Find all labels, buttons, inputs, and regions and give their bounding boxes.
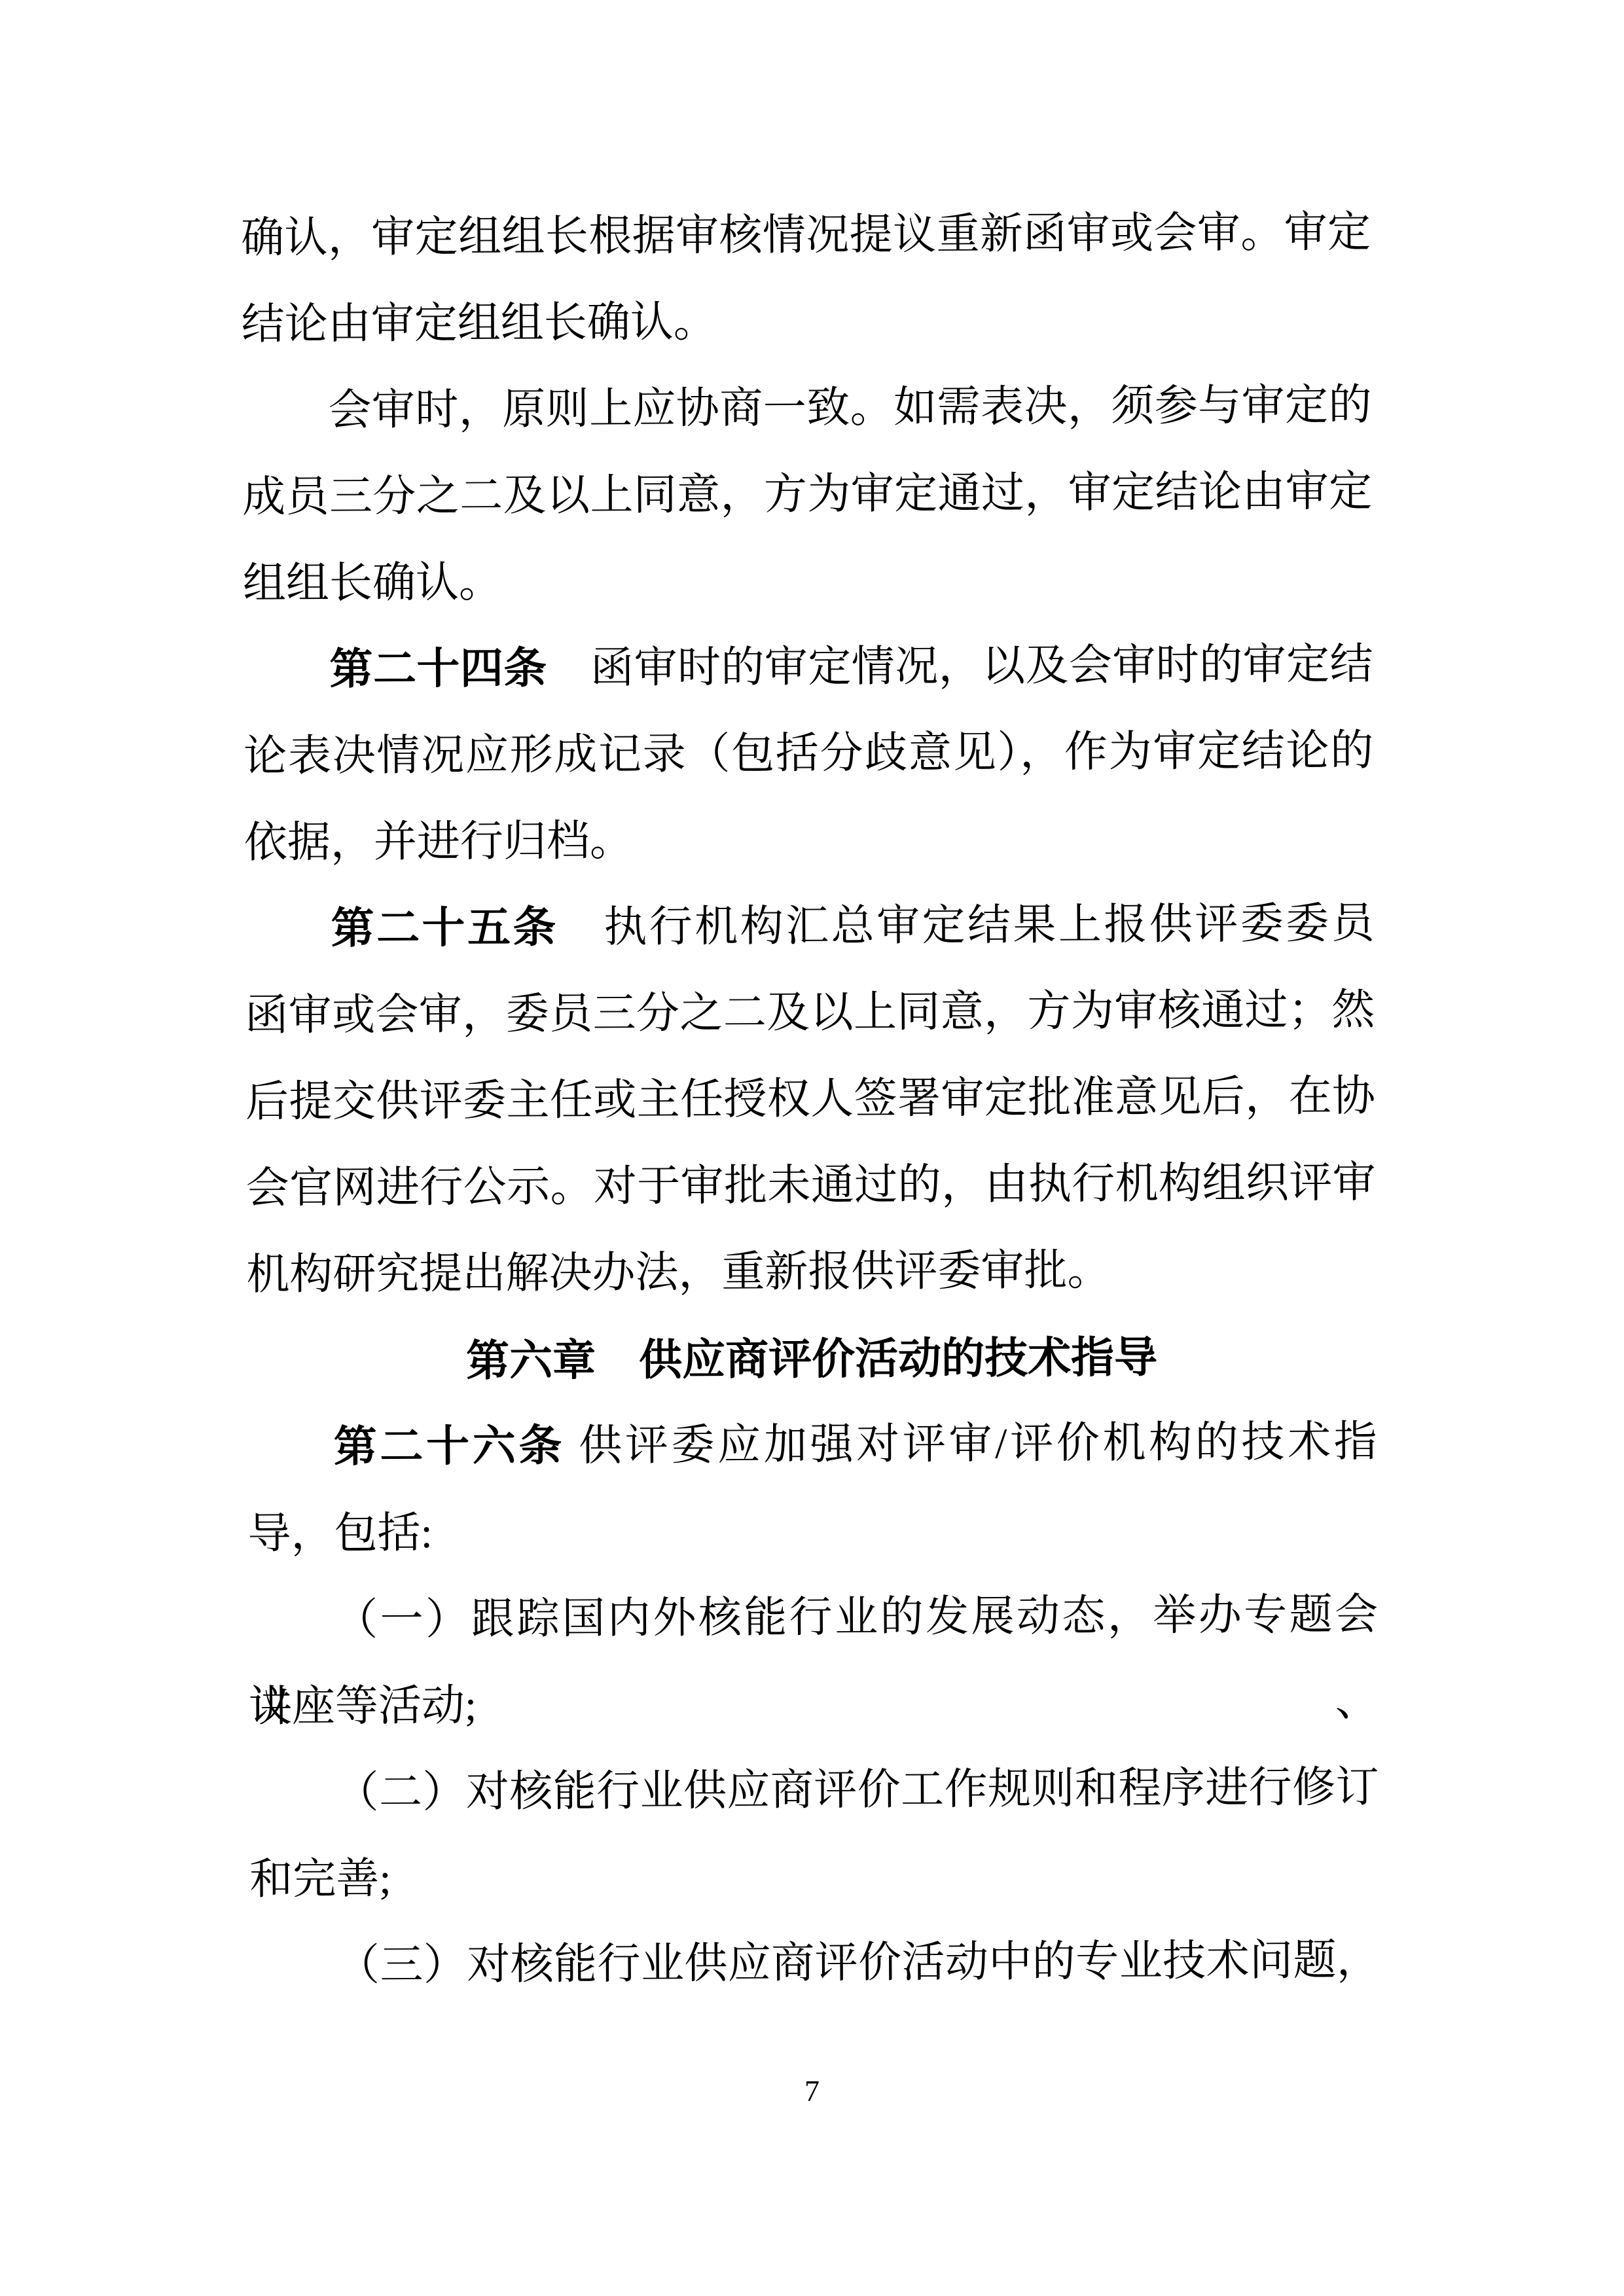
text-line: 导，包括: (247, 1485, 1378, 1577)
document-text-lines: 确认，审定组组长根据审核情况提议重新函审或会审。审定结论由审定组组长确认。会审时… (241, 190, 1380, 2010)
line-text: 函审时的审定情况，以及会审时的审定结 (547, 640, 1373, 692)
line-text: 讲座等活动; (249, 1682, 477, 1731)
line-text: 依据，并进行归档。 (244, 817, 633, 867)
document-page: 确认，审定组组长根据审核情况提议重新函审或会审。审定结论由审定组组长确认。会审时… (0, 0, 1624, 2296)
page-number: 7 (0, 2076, 1624, 2106)
line-text: 和完善; (249, 1855, 391, 1903)
line-text: 供评委应加强对评审/评价机构的技术指 (565, 1418, 1377, 1469)
chapter-heading: 第六章 供应商评价活动的技术指导 (247, 1312, 1377, 1405)
line-text: 组组长确认。 (243, 558, 502, 607)
line-text: 函审或会审，委员三分之二及以上同意，方为审核通过；然 (245, 986, 1375, 1039)
line-text: 成员三分之二及以上同意，方为审定通过，审定结论由审定 (242, 467, 1372, 521)
text-line: 论表决情况应形成记录（包括分歧意见），作为审定结论的 (244, 708, 1374, 800)
text-line: 依据，并进行归档。 (244, 794, 1375, 886)
text-line: （一）跟踪国内外核能行业的发展动态，举办专题会议、 (248, 1571, 1379, 1664)
text-line: 第二十四条 函审时的审定情况，以及会审时的审定结 (243, 621, 1373, 713)
text-line: 第二十五条 执行机构汇总审定结果上报供评委委员 (244, 880, 1375, 973)
text-line: 第二十六条 供评委应加强对评审/评价机构的技术指 (247, 1399, 1377, 1491)
line-text: （三）对核能行业供应商评价活动中的专业技术问题， (336, 1936, 1380, 1989)
line-text: 论表决情况应形成记录（包括分歧意见），作为审定结论的 (244, 726, 1373, 780)
text-line: 成员三分之二及以上同意，方为审定通过，审定结论由审定 (242, 448, 1373, 541)
text-line: （二）对核能行业供应商评价工作规则和程序进行修订 (249, 1744, 1379, 1837)
text-line: 和完善; (249, 1831, 1380, 1923)
text-line: 组组长确认。 (243, 535, 1373, 627)
line-text: 执行机构汇总审定结果上报供评委委员 (558, 899, 1375, 952)
text-line: 机构研究提出解决办法，重新报供评委审批。 (246, 1226, 1377, 1318)
line-text: 后提交供评委主任或主任授权人签署审定批准意见后，在协 (245, 1072, 1375, 1126)
line-text: 确认，审定组组长根据审核情况提议重新函审或会审。审定 (241, 208, 1371, 262)
text-line: 会审时，原则上应协商一致。如需表决，须参与审定的 (242, 362, 1372, 454)
line-text: 导，包括: (247, 1509, 433, 1558)
line-text: 会审时，原则上应协商一致。如需表决，须参与审定的 (328, 381, 1371, 434)
line-text: 结论由审定组组长确认。 (242, 298, 717, 349)
article-number-bold: 第二十四条 (329, 645, 547, 694)
line-text: 会官网进行公示。对于审批未通过的，由执行机构组织评审 (246, 1158, 1376, 1212)
text-line: （三）对核能行业供应商评价活动中的专业技术问题， (250, 1917, 1380, 2009)
article-number-bold: 第二十六条 (334, 1422, 566, 1471)
text-line: 函审或会审，委员三分之二及以上同意，方为审核通过；然 (245, 967, 1375, 1059)
text-line: 确认，审定组组长根据审核情况提议重新函审或会审。审定 (241, 190, 1371, 282)
article-number-bold: 第二十五条 (331, 904, 558, 953)
text-line: 结论由审定组组长确认。 (241, 276, 1371, 368)
line-text: （二）对核能行业供应商评价工作规则和程序进行修订 (335, 1763, 1379, 1816)
article-number-bold: 第六章 供应商评价活动的技术指导 (466, 1333, 1157, 1385)
line-text: 机构研究提出解决办法，重新报供评委审批。 (246, 1247, 1110, 1299)
text-line: 后提交供评委主任或主任授权人签署审定批准意见后，在协 (245, 1053, 1376, 1145)
text-line: 会官网进行公示。对于审批未通过的，由执行机构组织评审 (245, 1139, 1376, 1232)
